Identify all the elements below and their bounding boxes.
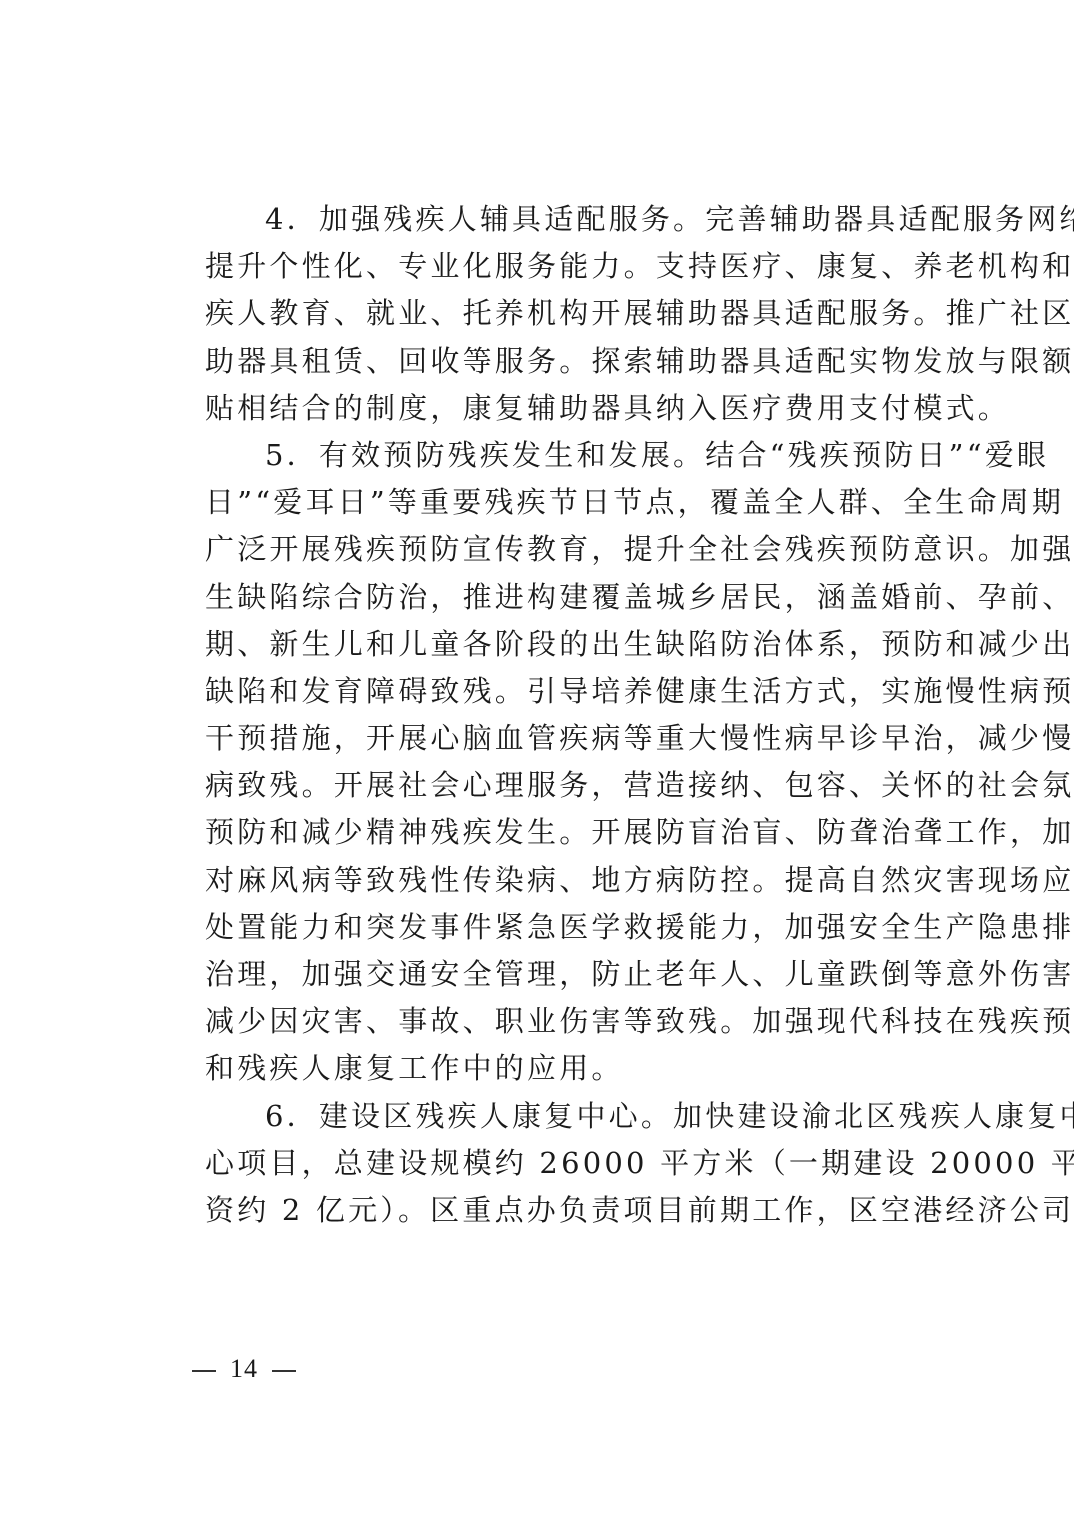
text-line: 贴相结合的制度，康复辅助器具纳入医疗费用支付模式。 bbox=[145, 385, 945, 432]
text-line: 和残疾人康复工作中的应用。 bbox=[145, 1045, 945, 1092]
text-line: 4．加强残疾人辅具适配服务。完善辅助器具适配服务网络， bbox=[145, 196, 945, 243]
text-line: 心项目，总建设规模约 26000 平方米（一期建设 20000 平方米投 bbox=[145, 1140, 945, 1187]
dash-left-decoration bbox=[192, 1370, 216, 1372]
text-line: 6．建设区残疾人康复中心。加快建设渝北区残疾人康复中 bbox=[145, 1093, 945, 1140]
text-line: 预防和减少精神残疾发生。开展防盲治盲、防聋治聋工作，加强 bbox=[145, 809, 945, 856]
text-line: 广泛开展残疾预防宣传教育，提升全社会残疾预防意识。加强出 bbox=[145, 526, 945, 573]
page-number: 14 bbox=[178, 1354, 310, 1384]
text-line: 助器具租赁、回收等服务。探索辅助器具适配实物发放与限额补 bbox=[145, 338, 945, 385]
text-line: 资约 2 亿元）。区重点办负责项目前期工作，区空港经济公司负 bbox=[145, 1187, 945, 1234]
text-line: 病致残。开展社会心理服务，营造接纳、包容、关怀的社会氛围， bbox=[145, 762, 945, 809]
text-line: 日”“爱耳日”等重要残疾节日节点，覆盖全人群、全生命周期 bbox=[145, 479, 945, 526]
text-line: 处置能力和突发事件紧急医学救援能力，加强安全生产隐患排查 bbox=[145, 904, 945, 951]
page-number-value: 14 bbox=[230, 1354, 258, 1383]
text-line: 5．有效预防残疾发生和发展。结合“残疾预防日”“爱眼 bbox=[145, 432, 945, 479]
text-line: 减少因灾害、事故、职业伤害等致残。加强现代科技在残疾预防 bbox=[145, 998, 945, 1045]
document-body: 4．加强残疾人辅具适配服务。完善辅助器具适配服务网络， 提升个性化、专业化服务能… bbox=[145, 196, 945, 1234]
document-page: 4．加强残疾人辅具适配服务。完善辅助器具适配服务网络， 提升个性化、专业化服务能… bbox=[0, 0, 1074, 1520]
dash-right-decoration bbox=[272, 1370, 296, 1372]
text-line: 干预措施，开展心脑血管疾病等重大慢性病早诊早治，减少慢性 bbox=[145, 715, 945, 762]
paragraph-5-disability-prevention: 5．有效预防残疾发生和发展。结合“残疾预防日”“爱眼 日”“爱耳日”等重要残疾节… bbox=[145, 432, 945, 1093]
paragraph-4-assistive-devices: 4．加强残疾人辅具适配服务。完善辅助器具适配服务网络， 提升个性化、专业化服务能… bbox=[145, 196, 945, 432]
text-line: 生缺陷综合防治，推进构建覆盖城乡居民，涵盖婚前、孕前、孕 bbox=[145, 574, 945, 621]
paragraph-6-rehab-center: 6．建设区残疾人康复中心。加快建设渝北区残疾人康复中 心项目，总建设规模约 26… bbox=[145, 1093, 945, 1235]
text-line: 疾人教育、就业、托养机构开展辅助器具适配服务。推广社区辅 bbox=[145, 290, 945, 337]
text-line: 期、新生儿和儿童各阶段的出生缺陷防治体系，预防和减少出生 bbox=[145, 621, 945, 668]
text-line: 缺陷和发育障碍致残。引导培养健康生活方式，实施慢性病预防 bbox=[145, 668, 945, 715]
text-line: 治理，加强交通安全管理，防止老年人、儿童跌倒等意外伤害， bbox=[145, 951, 945, 998]
text-line: 对麻风病等致残性传染病、地方病防控。提高自然灾害现场应急 bbox=[145, 857, 945, 904]
text-line: 提升个性化、专业化服务能力。支持医疗、康复、养老机构和残 bbox=[145, 243, 945, 290]
